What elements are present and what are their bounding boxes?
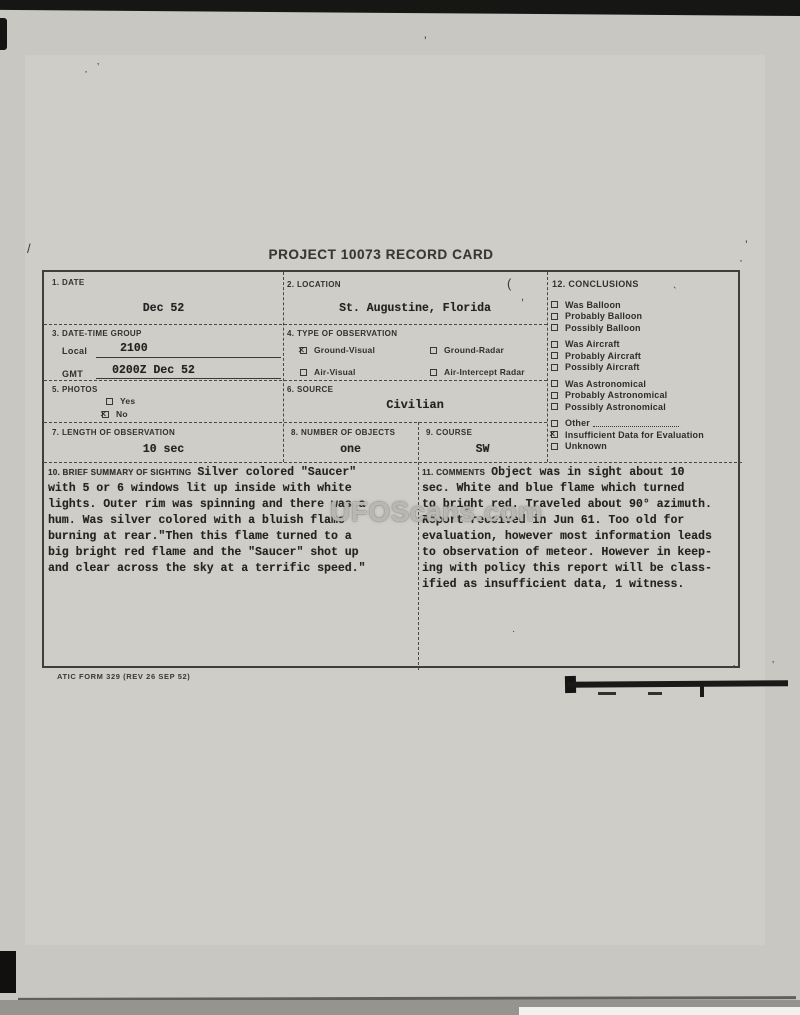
source-label: 6. SOURCE: [287, 385, 333, 394]
conclusion-label: Insufficient Data for Evaluation: [565, 430, 704, 440]
date-time-group-label: 3. DATE-TIME GROUP: [52, 329, 142, 338]
brief-summary-text: Silver colored "Saucer" with 5 or 6 wind…: [48, 466, 365, 575]
option-ground-radar: Ground-Radar: [430, 345, 504, 355]
column-divider: [547, 272, 548, 462]
option-ground-visual: Ground-Visual: [300, 345, 375, 355]
conclusion-insufficient-data: Insufficient Data for Evaluation: [551, 430, 704, 439]
option-photos-yes: Yes: [106, 396, 135, 406]
possibly-astronomical-checkbox: [551, 403, 558, 410]
local-label: Local: [62, 346, 87, 356]
scan-artifact: ’: [745, 238, 748, 252]
scan-artifact: ’: [733, 664, 735, 675]
conclusion-label: Probably Balloon: [565, 311, 642, 321]
scan-edge-left-notch: [0, 18, 7, 50]
length-of-observation-value: 10 sec: [44, 443, 283, 456]
scan-artifact: ,: [521, 291, 524, 303]
conclusion-was-astronomical: Was Astronomical: [551, 379, 704, 388]
course-value: SW: [418, 443, 547, 456]
option-air-intercept-radar: Air-Intercept Radar: [430, 367, 525, 377]
photos-label: 5. PHOTOS: [52, 385, 98, 394]
conclusion-possibly-balloon: Possibly Balloon: [551, 323, 704, 332]
date-value: Dec 52: [44, 302, 283, 315]
probably-balloon-checkbox: [551, 313, 558, 320]
conclusion-label: Was Aircraft: [565, 339, 620, 349]
scan-edge-top: [0, 0, 800, 16]
date-label: 1. DATE: [52, 278, 85, 287]
scan-artifact: ·: [84, 64, 88, 78]
source-value: Civilian: [283, 398, 547, 412]
ink-mark: [700, 686, 704, 697]
conclusion-label: Probably Aircraft: [565, 351, 641, 361]
scan-edge-bottom-left: [0, 951, 16, 993]
row-divider: [44, 324, 547, 325]
option-label: Air-Intercept Radar: [444, 367, 525, 377]
local-underline: [96, 357, 281, 358]
column-divider: [283, 272, 284, 462]
number-of-objects-label: 8. NUMBER OF OBJECTS: [291, 428, 395, 437]
course-label: 9. COURSE: [426, 428, 472, 437]
row-divider: [44, 380, 547, 381]
page-title: PROJECT 10073 RECORD CARD: [0, 247, 762, 262]
length-of-observation-label: 7. LENGTH OF OBSERVATION: [52, 428, 175, 437]
conclusion-label: Was Astronomical: [565, 379, 646, 389]
scanned-record-card: PROJECT 10073 RECORD CARD 1. DATE Dec 52…: [0, 0, 800, 1015]
scan-artifact: (: [507, 276, 511, 291]
row-divider: [44, 462, 742, 463]
gmt-underline: [96, 378, 281, 379]
location-label: 2. LOCATION: [287, 280, 341, 289]
was-astronomical-checkbox: [551, 380, 558, 387]
comments-label: 11. COMMENTS: [422, 468, 485, 477]
conclusion-label: Possibly Aircraft: [565, 362, 640, 372]
unknown-checkbox: [551, 443, 558, 450]
conclusion-label: Other: [565, 418, 590, 428]
gmt-value: 0200Z Dec 52: [112, 364, 195, 377]
conclusion-label: Unknown: [565, 441, 607, 451]
conclusion-probably-aircraft: Probably Aircraft: [551, 351, 704, 360]
local-value: 2100: [120, 342, 148, 355]
other-checkbox: [551, 420, 558, 427]
option-label: No: [116, 409, 128, 419]
conclusion-label: Possibly Astronomical: [565, 402, 666, 412]
option-air-visual: Air-Visual: [300, 367, 356, 377]
option-label: Ground-Visual: [314, 345, 375, 355]
scan-artifact: ’: [97, 62, 99, 73]
option-label: Air-Visual: [314, 367, 356, 377]
scan-artifact: ·: [512, 626, 515, 637]
scan-artifact: /: [27, 241, 31, 256]
column-divider: [418, 422, 419, 670]
conclusion-label: Was Balloon: [565, 300, 621, 310]
type-of-observation-label: 4. TYPE OF OBSERVATION: [287, 329, 397, 338]
row-divider: [44, 422, 547, 423]
comments-section: 11. COMMENTSObject was in sight about 10…: [422, 465, 740, 593]
conclusion-unknown: Unknown: [551, 442, 704, 451]
scan-bottom-white-strip: [519, 1007, 800, 1015]
conclusion-possibly-astronomical: Possibly Astronomical: [551, 402, 704, 411]
ground-radar-checkbox: [430, 347, 437, 354]
scan-artifact: `: [673, 286, 677, 298]
conclusion-possibly-aircraft: Possibly Aircraft: [551, 363, 704, 372]
conclusions-list: Was Balloon Probably Balloon Possibly Ba…: [551, 300, 704, 453]
option-label: Ground-Radar: [444, 345, 504, 355]
scan-artifact: ’: [424, 34, 427, 48]
was-balloon-checkbox: [551, 301, 558, 308]
air-visual-checkbox: [300, 369, 307, 376]
number-of-objects-value: one: [283, 443, 418, 456]
record-card-table: 1. DATE Dec 52 2. LOCATION St. Augustine…: [42, 270, 740, 668]
insufficient-data-checkbox: [551, 431, 558, 438]
air-intercept-radar-checkbox: [430, 369, 437, 376]
scan-artifact: ’: [772, 660, 774, 671]
probably-aircraft-checkbox: [551, 352, 558, 359]
possibly-aircraft-checkbox: [551, 364, 558, 371]
form-number: ATIC FORM 329 (REV 26 SEP 52): [57, 672, 190, 681]
photos-yes-checkbox: [106, 398, 113, 405]
gmt-label: GMT: [62, 369, 83, 379]
possibly-balloon-checkbox: [551, 324, 558, 331]
ink-mark: [598, 692, 616, 695]
watermark: UFOScans.com: [330, 496, 543, 528]
comments-text: Object was in sight about 10 sec. White …: [422, 466, 712, 591]
conclusion-probably-balloon: Probably Balloon: [551, 312, 704, 321]
conclusion-was-balloon: Was Balloon: [551, 300, 704, 309]
ground-visual-checkbox: [300, 347, 307, 354]
conclusion-label: Possibly Balloon: [565, 323, 641, 333]
scan-artifact: ·: [739, 253, 743, 267]
option-label: Yes: [120, 396, 135, 406]
conclusion-probably-astronomical: Probably Astronomical: [551, 391, 704, 400]
option-photos-no: No: [102, 409, 128, 419]
was-aircraft-checkbox: [551, 341, 558, 348]
photos-no-checkbox: [102, 411, 109, 418]
conclusions-label: 12. CONCLUSIONS: [552, 279, 639, 289]
other-fill-line: [593, 419, 679, 427]
conclusion-other: Other: [551, 419, 704, 428]
ink-mark: [648, 692, 662, 695]
location-value: St. Augustine, Florida: [283, 302, 547, 315]
brief-summary-label: 10. BRIEF SUMMARY OF SIGHTING: [48, 468, 191, 477]
probably-astronomical-checkbox: [551, 392, 558, 399]
conclusion-label: Probably Astronomical: [565, 390, 667, 400]
conclusion-was-aircraft: Was Aircraft: [551, 340, 704, 349]
